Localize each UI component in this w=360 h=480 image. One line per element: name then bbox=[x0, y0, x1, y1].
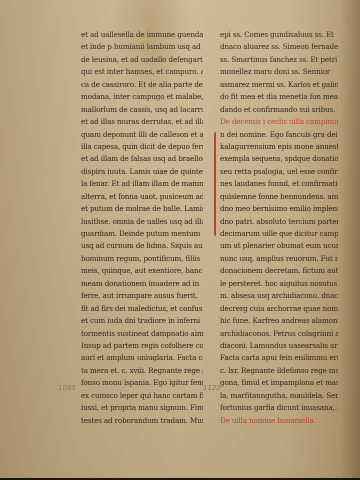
decorated-initial-i bbox=[214, 132, 222, 236]
text-line: et ad illam de falsas usq ad braello de bbox=[81, 153, 203, 165]
text-line: Facta carta apui fein enilimmu era. c. bbox=[220, 352, 338, 364]
text-line: la, marfitanngutha, mauldela. Sennior bbox=[220, 390, 338, 402]
text-line: do fit mea et dia menetia fon mea, bbox=[220, 91, 338, 103]
text-line: hominum regum, pontificum, filiis bbox=[81, 253, 203, 265]
text-line: et putum de molrae de balle. Lamis de bbox=[81, 203, 203, 215]
text-line: diaconi. Lamundus uasearsalis arc, bbox=[220, 340, 338, 352]
text-line: seu retta psalogia, uel esse confirmatio bbox=[220, 166, 338, 178]
margin-note: 1095 bbox=[58, 384, 76, 392]
text-line: dando et confirmando sui sribus. Lxv. bbox=[220, 104, 338, 116]
text-line: usq ad curnum de lidma. Siquis aut bbox=[81, 240, 203, 252]
text-line: quam deponunt illi de calleson et ad bbox=[81, 129, 203, 141]
text-line: ex cumsco leper qui hanc cartam fien bbox=[81, 390, 203, 402]
text-line: ta mera et. c. xviii. Regnante rege aoc bbox=[81, 365, 203, 377]
text-line: dno meo bernisimo emilio implenta bbox=[220, 203, 338, 215]
text-line: lusithse. omnia de ualles usq ad illam bbox=[81, 216, 203, 228]
text-line: kalagurrensium epis mone anuestray bbox=[220, 141, 338, 153]
rubric-heading: De uilla nomine bonamella. bbox=[220, 415, 338, 427]
text-line: alterra, et fonna uaot, pusiceum ad ball… bbox=[81, 191, 203, 203]
text-line: n dei nomine. Ego fancuis gra dei. bbox=[220, 129, 338, 141]
text-line: modana, inter campugo et malabe, ad bbox=[81, 91, 203, 103]
text-line: auri et amplum uniuglaria. Facta car bbox=[81, 352, 203, 364]
text-line: ferre, aut irrumpare ausus fuerit, bbox=[81, 290, 203, 302]
text-line: dno patri. absoluto tercium partem omni bbox=[220, 216, 338, 228]
rubric-heading: De decemis i ceclis uilla campinum. bbox=[220, 116, 338, 128]
text-line: gona, fimul et impamplona et mastil bbox=[220, 377, 338, 389]
text-line: c. lxr. Regnante ildefonso rege mara bbox=[220, 365, 338, 377]
text-line: ss. Smartinus fanchez ss. Et petri bbox=[220, 54, 338, 66]
text-line: nunc usq, amplius reuorum. Fut ini bbox=[220, 253, 338, 265]
text-line: archidiaconos. Petrus colagrinni arcm bbox=[220, 328, 338, 340]
text-line: le persteret. hoc aiguitus nosutus. anno bbox=[220, 278, 338, 290]
text-line: exempla sequens, spdque donationes, bbox=[220, 153, 338, 165]
text-line: dispira iuuta. Lamis uiae de quinte de u… bbox=[81, 166, 203, 178]
text-line: la fenar. Et ad illam illam de mamme bbox=[81, 178, 203, 190]
text-line: et ad illas muras derrutas, et ad illam … bbox=[81, 116, 203, 128]
text-line: fit ad firs dei maledictus, et confusus, bbox=[81, 303, 203, 315]
text-line: meam donationem inuadere ad in bbox=[81, 278, 203, 290]
text-line: um ut plenarier obumat eum ucum bbox=[220, 240, 338, 252]
text-line: mallorlum de cassis, usq ad lacarrundam. bbox=[81, 104, 203, 116]
text-line: hic fune. Karfreo andreas alamonse bbox=[220, 315, 338, 327]
text-line: Insup ad partem regis cofolhere coauru bbox=[81, 340, 203, 352]
text-line: testes ad roborandum tradam. Munni bbox=[81, 415, 203, 427]
text-line: ca de cassiroro. Et de alia parte de ual… bbox=[81, 79, 203, 91]
text-line: m. absesa usq archidiacono, dnacq bbox=[220, 290, 338, 302]
text-line: tormentis sustineat dampnatio aim. bbox=[81, 328, 203, 340]
text-line: illa capesa, quin dicit de depuo ferrea. bbox=[81, 141, 203, 153]
text-line: decimarum uille que dicitur campo p bbox=[220, 228, 338, 240]
right-column: epi ss. Comes gundisaluus ss. Et dnaco a… bbox=[220, 29, 338, 427]
manuscript-page: et ad uallesella de immune guendalse, et… bbox=[0, 0, 360, 478]
text-line: epi ss. Comes gundisaluus ss. Et bbox=[220, 29, 338, 41]
text-line: quisiemne fonne bennundens. amaelo bbox=[220, 191, 338, 203]
text-line: meis, quinque, aut exentiore, hanc bbox=[81, 265, 203, 277]
text-line: fonso monu ispania. Ego igitur fem bbox=[81, 377, 203, 389]
text-line: et cum iuda dni tradiore in inferni bbox=[81, 315, 203, 327]
text-line: qui est inter hamses, et campuro, ad bo bbox=[81, 66, 203, 78]
text-line: decrerg cuia archorrae quae nomini bbox=[220, 303, 338, 315]
text-line: de leusina, et ad uadallo defengartam bbox=[81, 54, 203, 66]
text-line: asmarez mermi ss. Karlos et galin bbox=[220, 79, 338, 91]
text-line: donacionem decretam. fictum aut mobi bbox=[220, 265, 338, 277]
text-line: et inde p humianii lambum usq ad mumi bbox=[81, 41, 203, 53]
text-line: et ad uallesella de immune guendalse, bbox=[81, 29, 203, 41]
text-line: guardiam. Deinde putum mentum bbox=[81, 228, 203, 240]
text-line: nes laudanes fonnd, et confirmatis, p ad bbox=[220, 178, 338, 190]
text-line: iussi, et propria manu signum. Fimaci et bbox=[81, 402, 203, 414]
left-column: et ad uallesella de immune guendalse, et… bbox=[81, 29, 203, 427]
text-line: fortunius garfia dicunt inuasana, Lxvi. bbox=[220, 402, 338, 414]
text-line: dnaco aluarez ss. Simeon fernadez bbox=[220, 41, 338, 53]
text-line: monellez maro doni ss. Sennior bbox=[220, 66, 338, 78]
margin-note: 1122 bbox=[203, 384, 221, 392]
